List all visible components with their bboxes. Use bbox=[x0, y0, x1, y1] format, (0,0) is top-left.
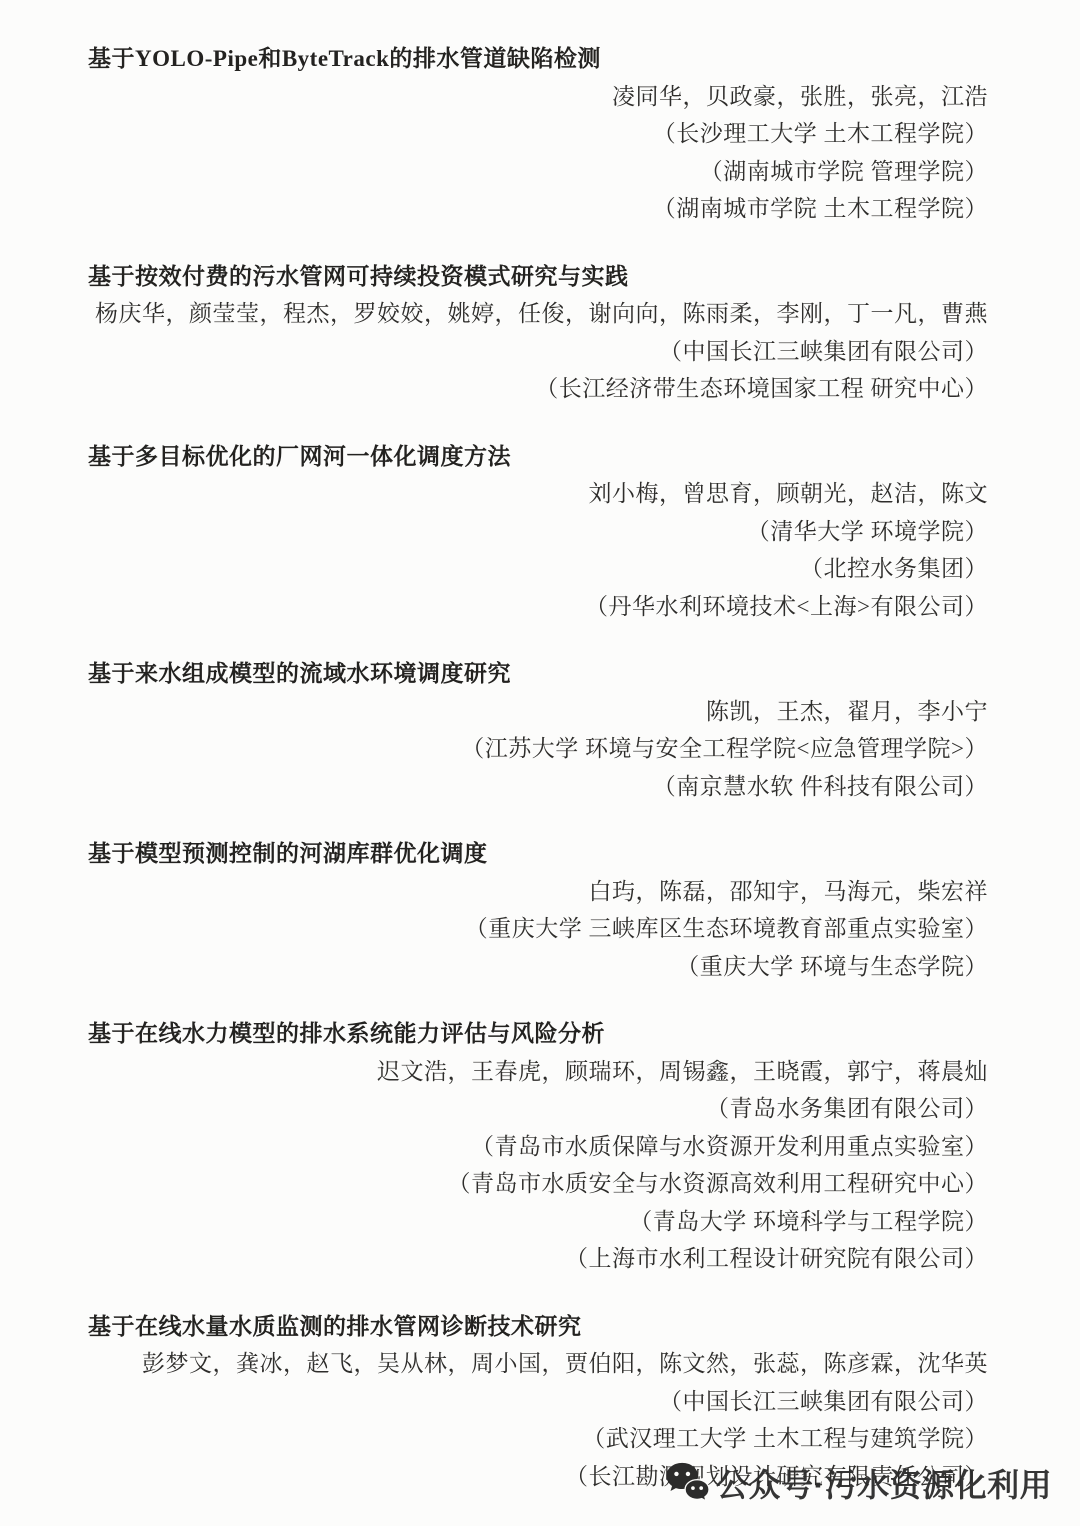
paper-entry: 基于来水组成模型的流域水环境调度研究 陈凯，王杰，翟月，李小宁 （江苏大学 环境… bbox=[88, 655, 988, 805]
paper-affiliation: （重庆大学 环境与生态学院） bbox=[88, 948, 988, 986]
paper-title: 基于YOLO-Pipe和ByteTrack的排水管道缺陷检测 bbox=[88, 40, 988, 78]
paper-affiliation: （湖南城市学院 土木工程学院） bbox=[88, 190, 988, 228]
paper-authors: 刘小梅，曾思育，顾朝光，赵洁，陈文 bbox=[88, 475, 988, 513]
paper-affiliation: （武汉理工大学 土木工程与建筑学院） bbox=[88, 1420, 988, 1458]
paper-entry: 基于在线水力模型的排水系统能力评估与风险分析 迟文浩，王春虎，顾瑞环，周锡鑫，王… bbox=[88, 1015, 988, 1278]
paper-title: 基于在线水力模型的排水系统能力评估与风险分析 bbox=[88, 1015, 988, 1053]
document-page: 基于YOLO-Pipe和ByteTrack的排水管道缺陷检测 凌同华，贝政豪，张… bbox=[0, 0, 1080, 1495]
paper-affiliation: （江苏大学 环境与安全工程学院<应急管理学院>） bbox=[88, 730, 988, 768]
paper-authors: 凌同华，贝政豪，张胜，张亮，江浩 bbox=[88, 78, 988, 116]
paper-affiliation: （青岛水务集团有限公司） bbox=[88, 1090, 988, 1128]
paper-affiliation: （长江经济带生态环境国家工程 研究中心） bbox=[88, 370, 988, 408]
paper-affiliation: （湖南城市学院 管理学院） bbox=[88, 153, 988, 191]
paper-affiliation: （青岛大学 环境科学与工程学院） bbox=[88, 1203, 988, 1241]
paper-entry: 基于按效付费的污水管网可持续投资模式研究与实践 杨庆华，颜莹莹，程杰，罗姣姣，姚… bbox=[88, 258, 988, 408]
paper-entry: 基于模型预测控制的河湖库群优化调度 白玙，陈磊，邵知宇，马海元，柴宏祥 （重庆大… bbox=[88, 835, 988, 985]
paper-affiliation: （重庆大学 三峡库区生态环境教育部重点实验室） bbox=[88, 910, 988, 948]
paper-title: 基于多目标优化的厂网河一体化调度方法 bbox=[88, 438, 988, 476]
paper-affiliation: （长沙理工大学 土木工程学院） bbox=[88, 115, 988, 153]
paper-authors: 陈凯，王杰，翟月，李小宁 bbox=[88, 693, 988, 731]
watermark: 公众号·污水资源化利用 bbox=[664, 1460, 1052, 1506]
paper-authors: 杨庆华，颜莹莹，程杰，罗姣姣，姚婷，任俊，谢向向，陈雨柔，李刚，丁一凡，曹燕 bbox=[88, 295, 988, 333]
paper-authors: 白玙，陈磊，邵知宇，马海元，柴宏祥 bbox=[88, 873, 988, 911]
watermark-text: 公众号·污水资源化利用 bbox=[716, 1460, 1052, 1506]
paper-authors: 彭梦文，龚冰，赵飞，吴从林，周小国，贾伯阳，陈文然，张蕊，陈彦霖，沈华英 bbox=[88, 1345, 988, 1383]
paper-affiliation: （丹华水利环境技术<上海>有限公司） bbox=[88, 588, 988, 626]
paper-affiliation: （中国长江三峡集团有限公司） bbox=[88, 1383, 988, 1421]
paper-affiliation: （中国长江三峡集团有限公司） bbox=[88, 333, 988, 371]
paper-title: 基于来水组成模型的流域水环境调度研究 bbox=[88, 655, 988, 693]
paper-affiliation: （南京慧水软 件科技有限公司） bbox=[88, 768, 988, 806]
paper-affiliation: （清华大学 环境学院） bbox=[88, 513, 988, 551]
paper-affiliation: （青岛市水质安全与水资源高效利用工程研究中心） bbox=[88, 1165, 988, 1203]
paper-affiliation: （青岛市水质保障与水资源开发利用重点实验室） bbox=[88, 1128, 988, 1166]
paper-affiliation: （上海市水利工程设计研究院有限公司） bbox=[88, 1240, 988, 1278]
paper-entry: 基于多目标优化的厂网河一体化调度方法 刘小梅，曾思育，顾朝光，赵洁，陈文 （清华… bbox=[88, 438, 988, 626]
paper-authors: 迟文浩，王春虎，顾瑞环，周锡鑫，王晓霞，郭宁，蒋晨灿 bbox=[88, 1053, 988, 1091]
paper-title: 基于模型预测控制的河湖库群优化调度 bbox=[88, 835, 988, 873]
wechat-icon bbox=[664, 1460, 710, 1506]
paper-title: 基于按效付费的污水管网可持续投资模式研究与实践 bbox=[88, 258, 988, 296]
paper-entry: 基于YOLO-Pipe和ByteTrack的排水管道缺陷检测 凌同华，贝政豪，张… bbox=[88, 40, 988, 228]
paper-affiliation: （北控水务集团） bbox=[88, 550, 988, 588]
paper-title: 基于在线水量水质监测的排水管网诊断技术研究 bbox=[88, 1308, 988, 1346]
